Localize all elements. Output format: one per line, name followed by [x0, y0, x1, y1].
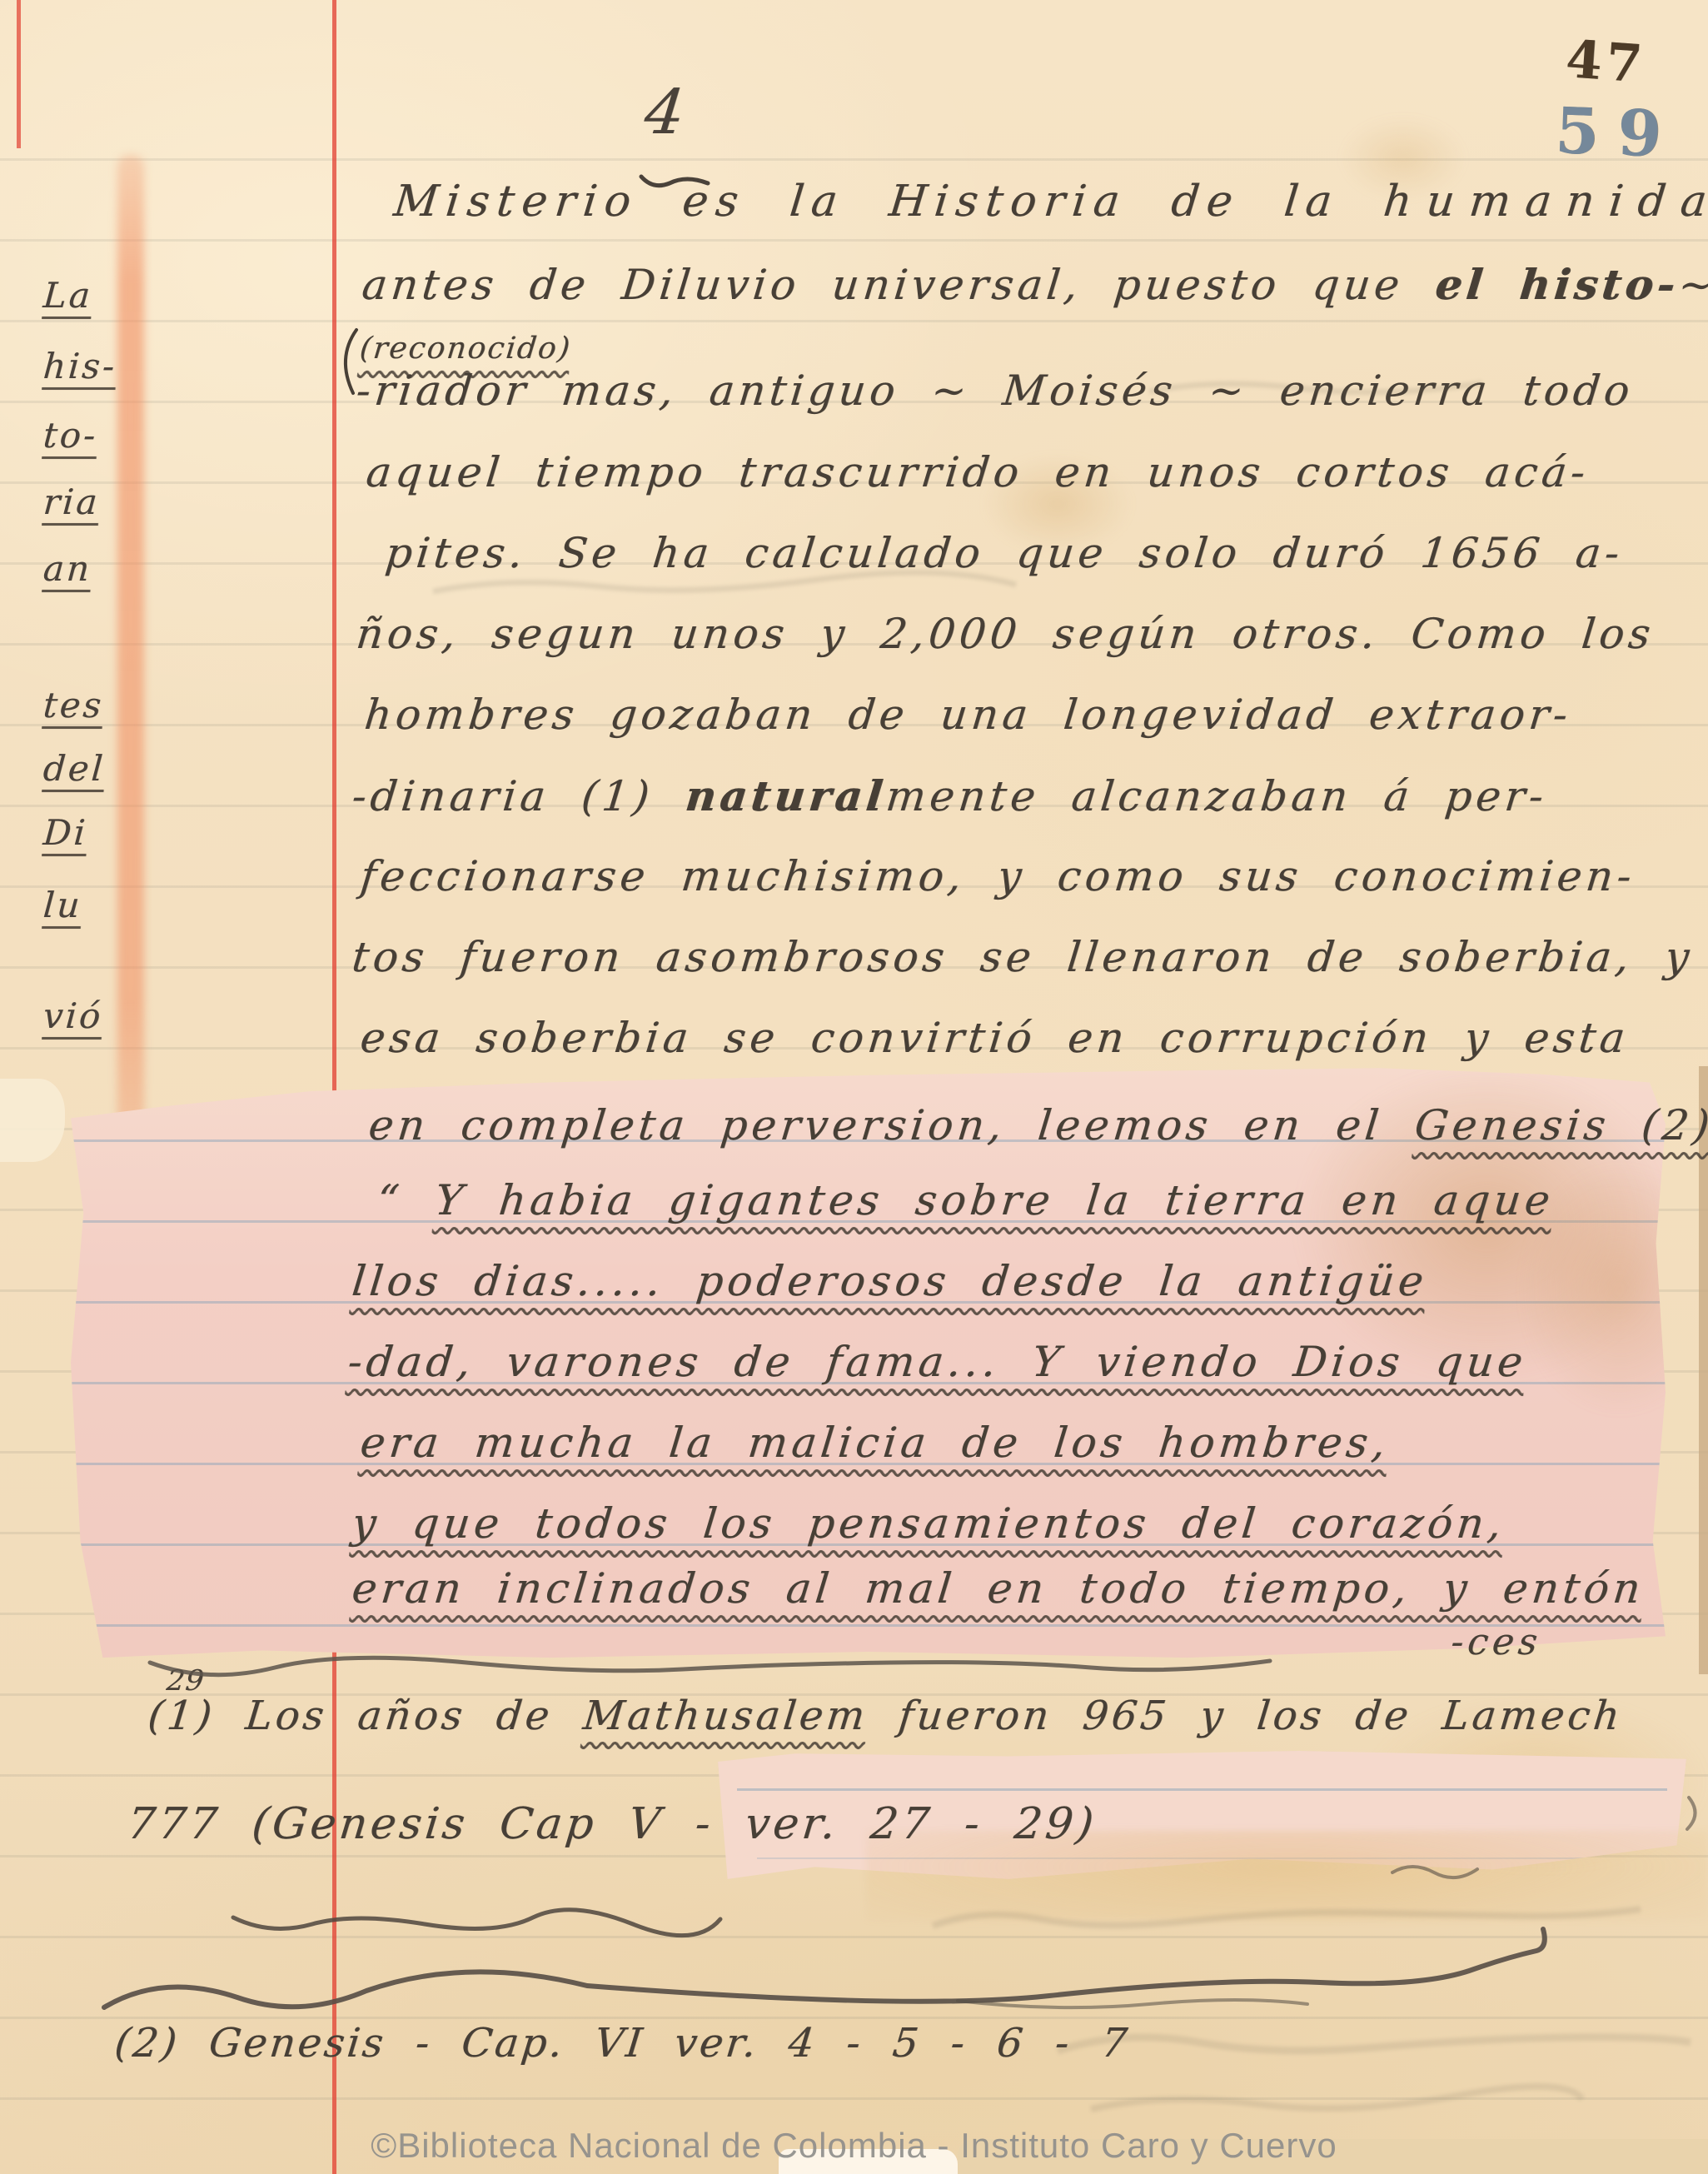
manuscript-line: ños, segun unos y 2,000 según otros. Com…: [354, 610, 1656, 658]
line-text: mente alcanzaban á per-: [884, 772, 1550, 820]
strip-ruled-line: [737, 1788, 1666, 1791]
open-quote-mark: “: [375, 1176, 406, 1224]
manuscript-line: Misterio es la Historia de la humanidad: [391, 177, 1708, 227]
margin-note-syllable: lu: [42, 885, 83, 925]
manuscript-line: hombres gozaban de una longevidad extrao…: [362, 691, 1574, 739]
manuscript-line: -dinaria (1) naturalmente alcanzaban á p…: [350, 771, 1550, 820]
folio-number-bottom: 59: [1554, 93, 1681, 172]
continuation-mark: ~: [1676, 261, 1708, 309]
manuscript-line: aquel tiempo trascurrido en unos cortos …: [364, 448, 1591, 496]
inserted-word: (reconocido): [358, 332, 573, 366]
manuscript-page: 4 47 59 La his- to- ria an tes del Di lu…: [0, 0, 1708, 2174]
manuscript-line: pites. Se ha calculado que solo duró 165…: [383, 529, 1626, 577]
margin-note-syllable: vió: [42, 995, 104, 1036]
margin-note-syllable: an: [42, 548, 93, 589]
footnote-text: 777: [125, 1799, 255, 1849]
margin-note-syllable: Di: [42, 812, 89, 853]
slip-line: eran inclinados al mal en todo tiempo, y…: [350, 1564, 1646, 1613]
manuscript-line: esa soberbia se convirtió en corrupción …: [358, 1014, 1631, 1062]
line-text: antes de Diluvio universal, puesto que: [360, 261, 1438, 309]
footnote-name-underlined: Mathusalem: [581, 1693, 870, 1739]
manuscript-line: antes de Diluvio universal, puesto que e…: [360, 260, 1708, 309]
line-text-emphasis: el histo-: [1433, 260, 1681, 309]
footnote-text: (1) Los años de: [146, 1693, 586, 1739]
orange-chalk-margin-band: [117, 155, 144, 1211]
slip-bottom-pencil-line: [150, 1658, 1270, 1674]
line-text: en completa perversion, leemos en el: [366, 1101, 1417, 1149]
slip-line: llos dias..... poderosos desde la antigü…: [350, 1257, 1430, 1305]
line-text: Misterio es la Historia de la: [391, 177, 1387, 227]
divider-wavy-line: [104, 1929, 1545, 2007]
margin-note-syllable: La: [42, 275, 93, 316]
folio-number-top: 47: [1564, 28, 1648, 95]
margin-note-syllable: del: [42, 748, 107, 789]
footnote-citation-underline: [233, 1910, 720, 1936]
page-edge: [1699, 1066, 1708, 1674]
slip-line: en completa perversion, leemos en el Gen…: [366, 1101, 1708, 1149]
quote-text: Y habia gigantes sobre la tierra en aque: [432, 1176, 1556, 1224]
manuscript-line: feccionarse muchisimo, y como sus conoci…: [358, 852, 1638, 900]
margin-note-syllable: ria: [42, 481, 101, 522]
slip-line: y que todos los pensamientos del corazón…: [350, 1499, 1507, 1548]
footnote-citation: (Genesis Cap V - ver. 27 - 29): [250, 1799, 1099, 1849]
divider-secondary-stroke: [958, 2000, 1307, 2007]
footnote-line: 777 (Genesis Cap V - ver. 27 - 29): [125, 1799, 1099, 1849]
slip-line: “ Y habia gigantes sobre la tierra en aq…: [375, 1176, 1556, 1224]
insert-caret-stroke: [346, 330, 356, 393]
margin-pencil-hook: [1687, 1798, 1696, 1829]
margin-note-syllable: to-: [42, 415, 99, 456]
red-edge-line: [17, 0, 21, 148]
line-text: -dinaria (1): [350, 772, 688, 820]
slip-line: era mucha la malicia de los hombres,: [358, 1419, 1392, 1467]
margin-note-syllable: his-: [42, 346, 118, 386]
page-number: 4: [641, 77, 692, 148]
slip-line: -dad, varones de fama... Y viendo Dios q…: [346, 1338, 1529, 1386]
footnote-text: fueron 965 y los de Lamech: [865, 1693, 1625, 1739]
torn-paper-bit: [0, 1079, 65, 1162]
manuscript-line: -riador mas, antiguo ~ Moisés ~ encierra…: [354, 366, 1636, 415]
hanging-syllable: -ces: [1449, 1621, 1544, 1663]
footnote-line: (2) Genesis - Cap. VI ver. 4 - 5 - 6 - 7: [112, 2020, 1132, 2067]
manuscript-line: tos fueron asombrosos se llenaron de sob…: [350, 933, 1696, 981]
library-watermark: ©Biblioteca Nacional de Colombia - Insti…: [0, 2126, 1708, 2166]
margin-note-syllable: tes: [42, 685, 105, 725]
line-text-emphasis: natural: [683, 771, 889, 820]
citation-ref: Genesis (2): [1412, 1101, 1708, 1149]
footnote-line: (1) Los años de Mathusalem fueron 965 y …: [146, 1693, 1625, 1739]
line-text-spread: humanidad: [1381, 177, 1708, 227]
